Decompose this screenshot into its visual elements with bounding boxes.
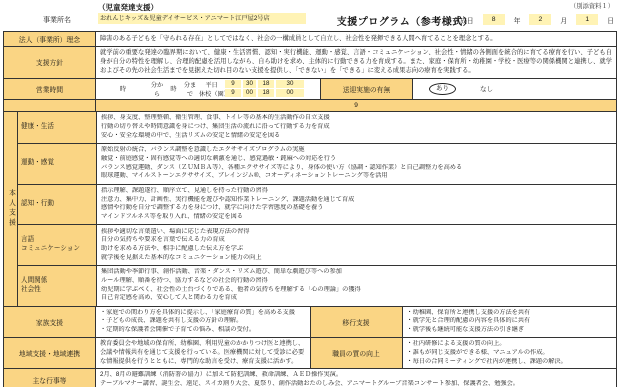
category-note: （児童発達支援）	[98, 2, 158, 13]
language-communication-label: 言語 コミュニケーション	[18, 225, 97, 265]
holiday-end-hour: 18	[258, 89, 274, 97]
content-line: ・就学先と合理的配慮の内容を具体的に共有	[407, 317, 613, 326]
holiday-start-hour: 9	[225, 89, 241, 97]
section-marker-row: 9	[4, 100, 616, 112]
office-name-label: 事業所名	[18, 15, 96, 25]
content-line: 安心・安全な環境の中で、生活リズムの安定と情緒の安定を図る	[101, 132, 612, 141]
label-line: 社会性	[21, 286, 93, 295]
weekday-start-minute: 30	[243, 80, 256, 88]
motor-sensory-row: 運動・感覚 原始反射の統合、バランス調整を意識したエクササイズプログラムの実施 …	[18, 144, 616, 185]
language-communication-row: 言語 コミュニケーション 挨拶や適切な言葉遣い、場面に応じた表現方法の習得 自分…	[18, 225, 616, 266]
label-line: 言語	[21, 236, 93, 245]
content-line: ・子どもの成長、課題を共有し支援の方針の理解。	[100, 317, 306, 326]
transport-yes-selected: あり	[429, 83, 456, 95]
community-support-label: 地域支援・地域連携	[4, 338, 96, 368]
policy-label: 支援方針	[4, 47, 96, 78]
content-line: 2月、8月の避難訓練（消防署の協力）に加えて防犯訓練、救命訓練、ＡＥＤ操作実演。	[100, 371, 612, 380]
to-unit: 分まで	[181, 80, 199, 98]
community-support-content: 教育委員会や地域の保育所、幼稚園、利用児童のかかりつけ医と連携し、会議や情報共有…	[96, 338, 311, 368]
content-line: 幼児期に学ぶべく、社会性の土台づくりである、他者の気持ちを理解する「心の理論」の…	[101, 286, 612, 295]
content-line: マインドフルネス等を取り入れ、情緒の安定を図る	[101, 213, 612, 222]
holiday-label: 休校（園）日	[199, 89, 224, 98]
creation-date-day: 1	[576, 14, 598, 25]
label-line: 運動・感覚	[21, 159, 93, 168]
from-unit: 分から	[148, 80, 166, 98]
transport-no-option: なし	[480, 84, 493, 93]
program-table: 法人（事業所）理念 障害のある子どもを「守られる存在」としてではなく、社会の一構…	[3, 31, 617, 387]
content-line: 指示理解、課題遂行、順序立て、見通しを持った行動の習得	[101, 187, 612, 196]
transition-support-label: 移行支援	[311, 307, 403, 337]
transport-label: 送迎実施の有無	[321, 79, 413, 99]
content-line: 感情や行動を自分で調整する力を身につけ、就学に向けた学習態度の基礎を養う	[101, 204, 612, 213]
label-line: コミュニケーション	[21, 245, 93, 254]
staff-quality-content: ・社内研修による支援の質の向上。 ・誰もが同じ支援ができる様、マニュアルの作成。…	[403, 338, 617, 368]
content-line: ・就学後も継続可能な支援方法の引き継ぎ	[407, 326, 613, 335]
health-life-content: 挨拶、身支度、整理整頓、衛生管理、食事、トイレ等の基本的生活動作の自立支援 行動…	[97, 112, 616, 143]
content-line: 自己肯定感を高め、安心して人と関わる力を育成	[101, 294, 612, 303]
day-unit: 日	[607, 15, 614, 25]
content-line: 原始反射の統合、バランス調整を意識したエクササイズプログラムの実施	[101, 146, 612, 155]
content-line: ・定期的な保護者会開催で子育ての悩み、相談の受付。	[100, 326, 306, 335]
weekday-label: 平日	[199, 80, 224, 89]
content-line: ・誰もが同じ支援ができる様、マニュアルの作成。	[407, 349, 613, 358]
content-line: 触覚・前庭感覚・固有感覚等への適切な刺激を通じ、感覚過敏・鈍麻への対応を行う	[101, 155, 612, 164]
attachment-note: （別添資料１）	[570, 1, 614, 10]
health-life-label: 健康・生活	[18, 112, 97, 143]
transition-support-content: ・幼稚園、保育所と連携し支援の方法を共有 ・就学先と合理的配慮の内容を具体的に共…	[403, 307, 617, 337]
office-name-value: おれんじキッズ＆児童デイサービス・アニマート江戸屋2号店	[98, 13, 306, 24]
creation-date-month: 2	[529, 14, 551, 25]
creation-date: 作成日 8 年 2 月 1 日	[453, 14, 614, 25]
motor-sensory-content: 原始反射の統合、バランス調整を意識したエクササイズプログラムの実施 触覚・前庭感…	[97, 144, 616, 184]
weekday-start-hour: 9	[225, 80, 241, 88]
content-line: ・毎日の合同ミーティングで社内が連携し、課題の解決。	[407, 358, 613, 367]
content-line: ・幼稚園、保育所と連携し支援の方法を共有	[407, 309, 613, 318]
content-line: ・社内研修による支援の質の向上。	[407, 340, 613, 349]
hour-unit-2: 時	[166, 84, 181, 93]
content-line: 注意力、集中力、計画性、実行機能を遊びや認知作業トレーニング、課題活動を通じて育…	[101, 196, 612, 205]
year-unit: 年	[514, 15, 521, 25]
staff-quality-label: 職員の質の向上	[311, 338, 403, 368]
cognition-behavior-label: 認知・行動	[18, 185, 97, 225]
content-line: ルール理解、順番を待つ、協力するなどの社会的行動の習得	[101, 277, 612, 286]
weekday-end-hour: 18	[258, 80, 274, 88]
policy-text: 就学前の重要な発達の臨界期において、健康・生活習慣、認知・実行機能、運動・感覚、…	[96, 47, 616, 78]
family-support-content: ・家庭での関わり方を具体的に提示し、「家庭療育の質」を高める支援 ・子どもの成長…	[96, 307, 311, 337]
content-line: 挨拶や適切な言葉遣い、場面に応じた表現方法の習得	[101, 228, 612, 237]
relationships-social-row: 人間関係 社会性 集団活動や季節行事、創作活動、音楽・ダンス・リズム遊び、簡単な…	[18, 266, 616, 306]
relationships-social-label: 人間関係 社会性	[18, 266, 97, 306]
weekday-end-minute: 30	[276, 80, 304, 88]
content-line: 挨拶、身支度、整理整頓、衛生管理、食事、トイレ等の基本的生活動作の自立支援	[101, 114, 612, 123]
community-staff-row: 地域支援・地域連携 教育委員会や地域の保育所、幼稚園、利用児童のかかりつけ医と連…	[4, 338, 616, 369]
support-program-document: 事業所名 （児童発達支援） おれんじキッズ＆児童デイサービス・アニマート江戸屋2…	[0, 0, 620, 387]
section-marker-value: 9	[96, 100, 616, 111]
events-row: 主な行事等 2月、8月の避難訓練（消防署の協力）に加えて防犯訓練、救命訓練、ＡＥ…	[4, 369, 616, 387]
content-line: テーブルマナー講習、誕生会、遠足、スイカ割り大会、夏祭り、創作活動おたのしみ会、…	[100, 380, 612, 387]
creation-date-year: 8	[483, 14, 505, 25]
business-hours-values: 平日 9 時 30 分から 18 時 30 分まで 休校（園）日 9 00 18…	[96, 79, 321, 99]
motor-sensory-label: 運動・感覚	[18, 144, 97, 184]
family-transition-row: 家族支援 ・家庭での関わり方を具体的に提示し、「家庭療育の質」を高める支援 ・子…	[4, 307, 616, 338]
creation-date-label: 作成日	[453, 15, 473, 25]
content-line: 集団活動や季節行事、創作活動、音楽・ダンス・リズム遊び、簡単な劇遊び等への参加	[101, 268, 612, 277]
policy-row: 支援方針 就学前の重要な発達の臨界期において、健康・生活習慣、認知・実行機能、運…	[4, 47, 616, 79]
relationships-social-content: 集団活動や季節行事、創作活動、音楽・ダンス・リズム遊び、簡単な劇遊び等への参加 …	[97, 266, 616, 306]
self-support-vertical-label: 本人支援	[4, 112, 18, 306]
cognition-behavior-content: 指示理解、課題遂行、順序立て、見通しを持った行動の習得 注意力、集中力、計画性、…	[97, 185, 616, 225]
hour-unit-1: 時	[98, 84, 148, 93]
label-line: 認知・行動	[21, 200, 93, 209]
events-content: 2月、8月の避難訓練（消防署の協力）に加えて防犯訓練、救命訓練、ＡＥＤ操作実演。…	[96, 369, 616, 387]
business-hours-label: 営業時間	[4, 79, 96, 99]
section-marker-blank	[4, 100, 96, 111]
month-unit: 月	[560, 15, 567, 25]
content-line: 自分の気持ちや要求を言葉で伝える力の育成	[101, 236, 612, 245]
label-line: 人間関係	[21, 277, 93, 286]
family-support-label: 家族支援	[4, 307, 96, 337]
content-line: 就学後を見据えた基本的なコミュニケーション能力の向上	[101, 254, 612, 263]
cognition-behavior-row: 認知・行動 指示理解、課題遂行、順序立て、見通しを持った行動の習得 注意力、集中…	[18, 185, 616, 226]
philosophy-label: 法人（事業所）理念	[4, 32, 96, 46]
content-line: 行動の切り替えや時間意識を身につけ、集団生活の流れに沿って行動する力を育成	[101, 123, 612, 132]
content-line: バランス感覚運動、ダンス（ＺＵＭＢＡ等）、各種エクササイズ等により、身体の使い方…	[101, 164, 612, 173]
transport-options: あり なし	[413, 79, 616, 99]
content-line: ・家庭での関わり方を具体的に提示し、「家庭療育の質」を高める支援	[100, 309, 306, 318]
philosophy-row: 法人（事業所）理念 障害のある子どもを「守られる存在」としてではなく、社会の一構…	[4, 32, 616, 47]
business-hours-row: 営業時間 平日 9 時 30 分から 18 時 30 分まで 休校（園）日 9 …	[4, 79, 616, 100]
self-support-rows: 健康・生活 挨拶、身支度、整理整頓、衛生管理、食事、トイレ等の基本的生活動作の自…	[18, 112, 616, 306]
document-header: 事業所名 （児童発達支援） おれんじキッズ＆児童デイサービス・アニマート江戸屋2…	[0, 0, 620, 30]
content-line: 眼球運動、マイルストーンエクササイズ、ブレインジム®、コオーディネーショントレー…	[101, 172, 612, 181]
self-support-section: 本人支援 健康・生活 挨拶、身支度、整理整頓、衛生管理、食事、トイレ等の基本的生…	[4, 112, 616, 307]
events-label: 主な行事等	[4, 369, 96, 387]
health-life-row: 健康・生活 挨拶、身支度、整理整頓、衛生管理、食事、トイレ等の基本的生活動作の自…	[18, 112, 616, 144]
language-communication-content: 挨拶や適切な言葉遣い、場面に応じた表現方法の習得 自分の気持ちや要求を言葉で伝え…	[97, 225, 616, 265]
label-line: 健康・生活	[21, 123, 93, 132]
holiday-start-minute: 00	[243, 89, 256, 97]
holiday-end-minute: 00	[276, 89, 304, 97]
philosophy-text: 障害のある子どもを「守られる存在」としてではなく、社会の一構成員として自立し、社…	[96, 32, 616, 46]
content-line: 助けを求める方法や、相手に配慮した伝え方を学ぶ	[101, 245, 612, 254]
